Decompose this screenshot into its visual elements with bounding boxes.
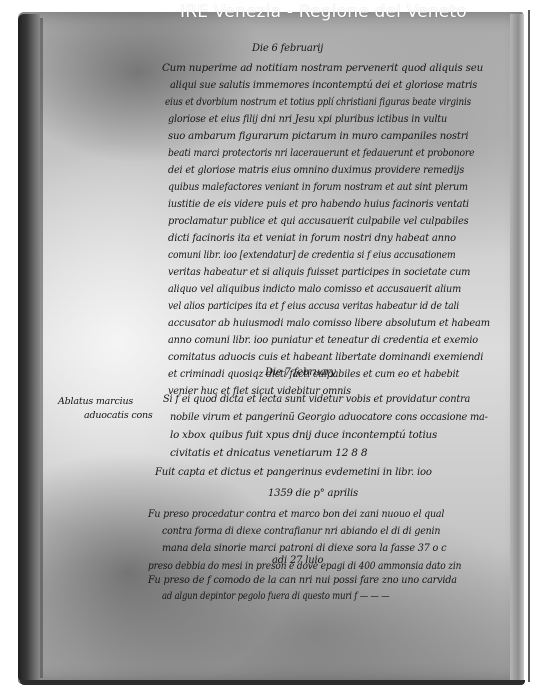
text-line: aliqui sue salutis immemores incontemptú… xyxy=(170,79,477,91)
manuscript-scan: IRE Venezia - Regione del Veneto Die 6 f… xyxy=(0,0,542,700)
entry-heading: 1359 die p° aprilis xyxy=(268,488,358,499)
text-line: anno comuni libr. ioo puniatur et teneat… xyxy=(168,334,478,346)
entry-heading: Die 7 february xyxy=(265,367,336,378)
text-line: iustitie de eis videre puis et pro haben… xyxy=(168,198,469,210)
page-right-border xyxy=(528,10,530,682)
spine-gutter-line xyxy=(40,18,43,678)
text-line: Fu preso procedatur contra et marco bon … xyxy=(148,508,444,520)
text-line: suo ambarum figurarum pictarum in muro c… xyxy=(168,130,468,142)
text-line: mana dela sinorie marci patroni di diexe… xyxy=(162,542,446,554)
text-line: veritas habeatur et si aliquis fuisset p… xyxy=(168,266,470,278)
text-line: eius et dvorbium nostrum et totius pplí … xyxy=(165,96,471,108)
entry-heading: Die 6 februarij xyxy=(252,43,323,54)
entry-heading: adi 27 luio xyxy=(272,555,323,566)
text-line: gloriose et eius filij dni nri Jesu xpi … xyxy=(168,113,447,125)
margin-note: Ablatus marcius xyxy=(58,396,133,407)
text-line: contra forma di diexe contrafianur nri a… xyxy=(162,525,440,537)
text-line: comuni libr. ioo [extendatur] de credent… xyxy=(168,249,455,261)
text-line: beati marci protectoris nri lacerauerunt… xyxy=(168,147,474,159)
text-line: lo xbox quibus fuit xpus dnij duce incon… xyxy=(170,429,437,441)
text-line: civitatis et dnicatus venetiarum 12 8 8 xyxy=(170,447,367,459)
text-line: Cum nuperime ad notitiam nostram pervene… xyxy=(162,62,483,74)
text-line: nobile virum et pangerinũ Georgio aduoc… xyxy=(170,411,488,423)
text-line: Fuit capta et dictus et pangerinus evdem… xyxy=(155,466,432,478)
text-line: Si f ei quod dicta et lecta sunt videtur… xyxy=(163,393,470,405)
text-line: comitatus aduocis cuis et habeant libert… xyxy=(168,351,483,363)
page-bottom-edge xyxy=(20,680,525,685)
text-line: quibus malefactores veniant in forum nos… xyxy=(168,181,468,193)
margin-note: aduocatis cons xyxy=(84,410,153,421)
text-line: Fu preso de f comodo de la can nri nui p… xyxy=(148,574,457,586)
book-spine xyxy=(18,14,40,682)
text-line: accusator ab huiusmodi malo comisso libe… xyxy=(168,317,490,329)
text-line: proclamatur publice et qui accusauerit c… xyxy=(168,215,468,227)
text-line: dicti facinoris ita et veniat in forum n… xyxy=(168,232,456,244)
watermark: IRE Venezia - Regione del Veneto xyxy=(180,2,467,22)
text-line: vel alios participes ita et f eius accus… xyxy=(168,300,459,312)
page-right-edge xyxy=(510,14,524,682)
text-line: ad algun depintor pegolo fuera di questo… xyxy=(162,590,389,602)
text-line: aliquo vel aliquibus indicto malo comiss… xyxy=(168,283,461,295)
text-line: dei et gloriose matris eius omnino duxim… xyxy=(168,164,464,176)
